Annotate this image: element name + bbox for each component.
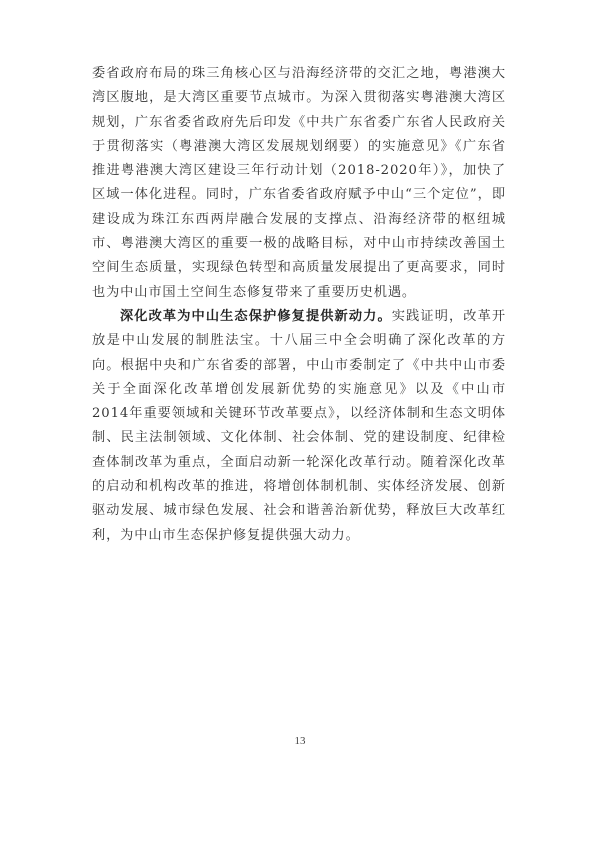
paragraph-regional-context: 委省政府布局的珠三角核心区与沿海经济带的交汇之地，粤港澳大湾区腹地，是大湾区重要… [92, 62, 506, 305]
paragraph-text: 委省政府布局的珠三角核心区与沿海经济带的交汇之地，粤港澳大湾区腹地，是大湾区重要… [92, 66, 506, 300]
document-page: 委省政府布局的珠三角核心区与沿海经济带的交汇之地，粤港澳大湾区腹地，是大湾区重要… [0, 0, 600, 848]
paragraph-text: 实践证明，改革开放是中山发展的制胜法宝。十八届三中全会明确了深化改革的方向。根据… [92, 309, 506, 543]
body-text: 委省政府布局的珠三角核心区与沿海经济带的交汇之地，粤港澳大湾区腹地，是大湾区重要… [92, 62, 506, 548]
paragraph-lead-heading: 深化改革为中山生态保护修复提供新动力。 [120, 309, 392, 324]
paragraph-deepening-reform: 深化改革为中山生态保护修复提供新动力。实践证明，改革开放是中山发展的制胜法宝。十… [92, 305, 506, 548]
page-number: 13 [0, 735, 600, 747]
